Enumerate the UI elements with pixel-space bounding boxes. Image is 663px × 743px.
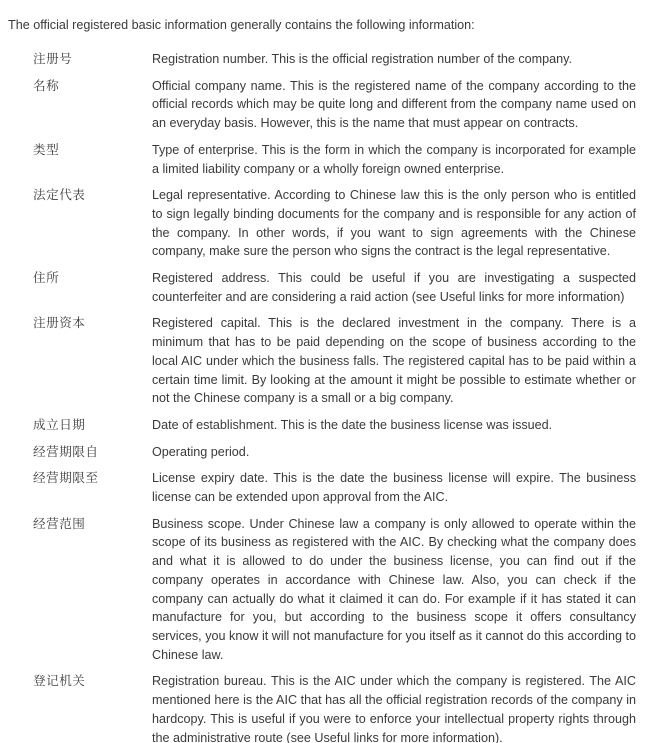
term-description: Legal representative. According to Chine… [152, 186, 636, 261]
definition-row: 登记机关 Registration bureau. This is the AI… [33, 672, 636, 743]
intro-paragraph: The official registered basic informatio… [8, 16, 636, 35]
definition-list: 注册号 Registration number. This is the off… [0, 50, 663, 743]
term-description: Business scope. Under Chinese law a comp… [152, 515, 636, 665]
term-label: 成立日期 [33, 416, 152, 435]
term-description: Registration bureau. This is the AIC und… [152, 672, 636, 743]
definition-row: 住所 Registered address. This could be use… [33, 269, 636, 306]
term-description: Type of enterprise. This is the form in … [152, 141, 636, 178]
document-page: The official registered basic informatio… [0, 0, 663, 743]
term-label: 法定代表 [33, 186, 152, 261]
definition-row: 注册资本 Registered capital. This is the dec… [33, 314, 636, 408]
definition-row: 名称 Official company name. This is the re… [33, 77, 636, 133]
term-label: 经营范围 [33, 515, 152, 665]
term-label: 注册号 [33, 50, 152, 69]
term-description: License expiry date. This is the date th… [152, 469, 636, 506]
term-label: 注册资本 [33, 314, 152, 408]
term-description: Registered address. This could be useful… [152, 269, 636, 306]
term-description: Registration number. This is the officia… [152, 50, 636, 69]
term-description: Date of establishment. This is the date … [152, 416, 636, 435]
term-label: 经营期限至 [33, 469, 152, 506]
term-label: 住所 [33, 269, 152, 306]
definition-row: 类型 Type of enterprise. This is the form … [33, 141, 636, 178]
definition-row: 注册号 Registration number. This is the off… [33, 50, 636, 69]
term-description: Official company name. This is the regis… [152, 77, 636, 133]
definition-row: 成立日期 Date of establishment. This is the … [33, 416, 636, 435]
term-label: 名称 [33, 77, 152, 133]
term-label: 登记机关 [33, 672, 152, 743]
term-description: Operating period. [152, 443, 636, 462]
term-label: 类型 [33, 141, 152, 178]
term-description: Registered capital. This is the declared… [152, 314, 636, 408]
definition-row: 法定代表 Legal representative. According to … [33, 186, 636, 261]
definition-row: 经营范围 Business scope. Under Chinese law a… [33, 515, 636, 665]
definition-row: 经营期限自 Operating period. [33, 443, 636, 462]
definition-row: 经营期限至 License expiry date. This is the d… [33, 469, 636, 506]
term-label: 经营期限自 [33, 443, 152, 462]
